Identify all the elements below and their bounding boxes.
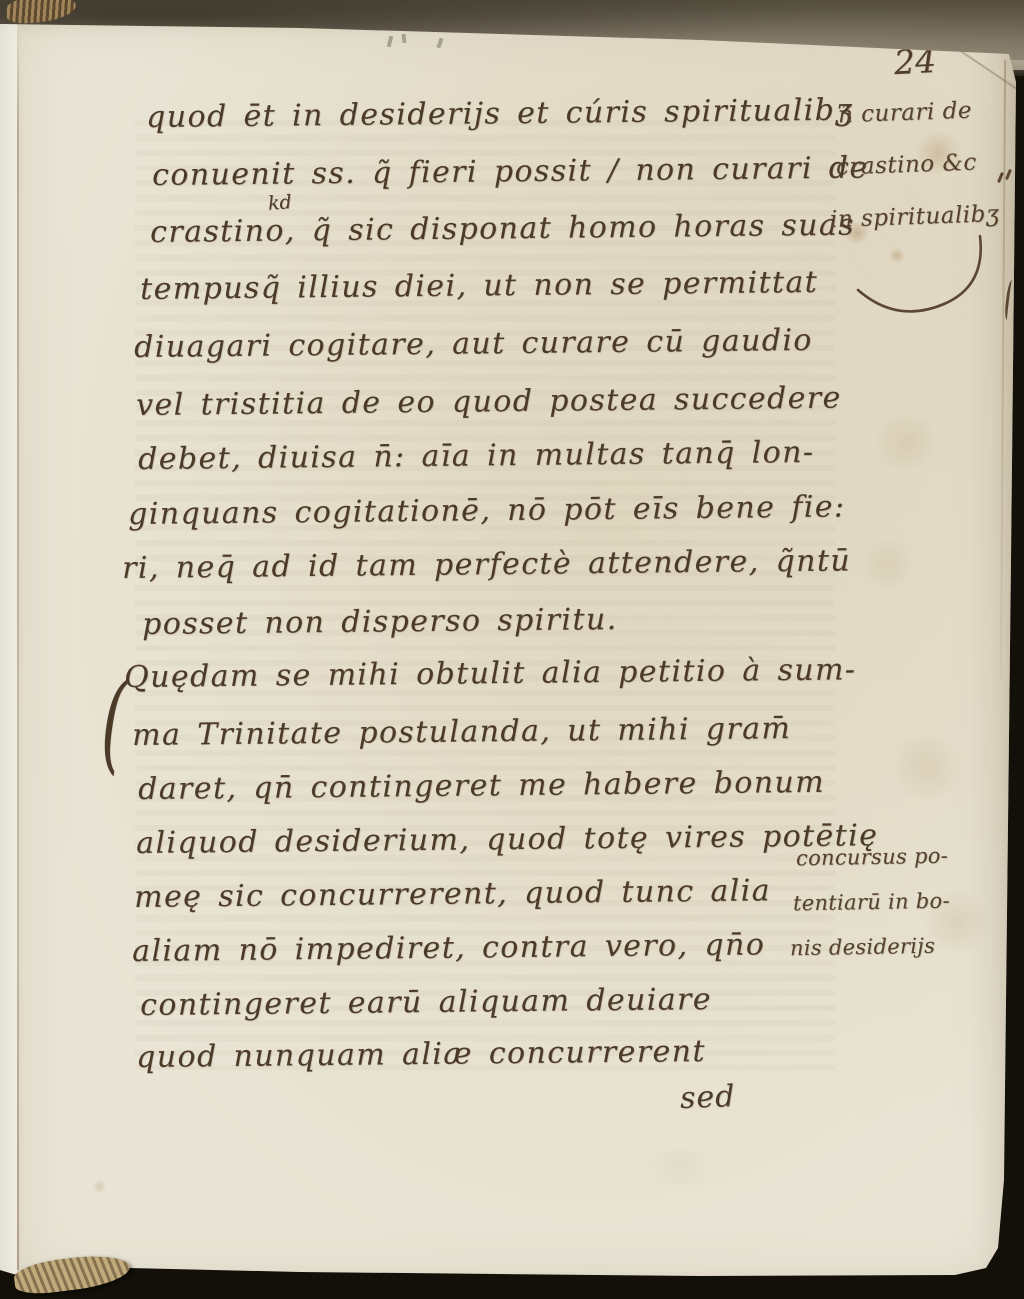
under-leaf-strip (0, 24, 17, 1274)
margin-ink-tick (1005, 169, 1012, 180)
margin-note-line: concursus po- (796, 844, 948, 871)
manuscript-line: debet, diuisa n̄: aīa in multas tanq̄ lo… (138, 435, 815, 477)
foxing-stain (885, 735, 969, 799)
margin-note-line: nis desiderijs (790, 934, 936, 961)
stray-mark (436, 38, 443, 49)
margin-ink-stroke (1004, 280, 1016, 321)
manuscript-line: aliam nō impediret, contra vero, qn̄o (132, 927, 765, 969)
margin-note-line: tentiarū in bo- (793, 889, 950, 916)
margin-note-flourish (852, 228, 1002, 328)
foxing-stain (868, 415, 944, 469)
catchword: sed (679, 1079, 736, 1116)
manuscript-line: meę sic concurrerent, quod tunc alia (134, 873, 771, 915)
manuscript-line: vel tristitia de eo quod postea succeder… (136, 381, 842, 423)
foxing-stain (630, 1150, 730, 1184)
foxing-stain (855, 540, 919, 588)
manuscript-line: posset non disperso spiritu. (142, 602, 618, 642)
gutter-crease (17, 28, 19, 1270)
manuscript-line: tempusq̃ illius diei, ut non se permitta… (140, 265, 818, 307)
page-stack-edge (1000, 60, 1006, 680)
margin-note-line: crastino &c (836, 150, 978, 181)
stray-mark (387, 36, 394, 48)
manuscript-line: conuenit ss. q̃ fieri possit / non curar… (152, 150, 869, 193)
manuscript-line: ma Trinitate postulanda, ut mihi gram̄ (132, 711, 791, 753)
manuscript-line: daret, qn̄ contingeret me habere bonum (138, 765, 825, 807)
manuscript-line: diuagari cogitare, aut curare cū gaudio (134, 323, 813, 365)
margin-note-line: ñ curari de (838, 98, 973, 129)
manuscript-line: ginquans cogitationē, nō pōt eīs bene fi… (128, 489, 846, 532)
interlinear-insertion: kd (267, 191, 292, 215)
paragraph-bracket: ( (100, 668, 127, 779)
manuscript-page: 24 quod ēt in desiderijs et cúris spirit… (0, 0, 1024, 1299)
manuscript-line: contingeret earū aliquam deuiare (140, 982, 712, 1023)
manuscript-line: quod ēt in desiderijs et cúris spiritual… (146, 93, 854, 135)
manuscript-photo: 24 quod ēt in desiderijs et cúris spirit… (0, 0, 1024, 1299)
manuscript-line: quod nunquam aliæ concurrerent (136, 1034, 706, 1075)
foxing-stain (92, 1180, 107, 1193)
stray-mark (402, 34, 407, 43)
manuscript-line: crastino, q̃ sic disponat homo horas sua… (150, 208, 855, 250)
